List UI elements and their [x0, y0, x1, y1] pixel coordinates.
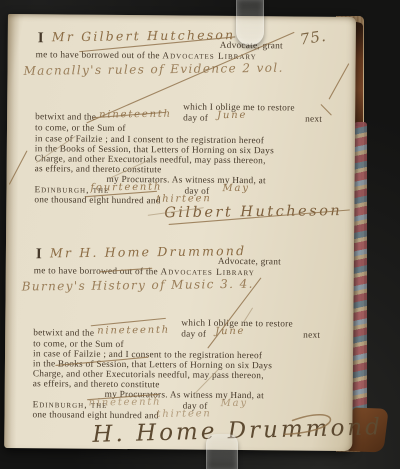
entry2-advocate-grant: Advocate, grant: [218, 257, 281, 268]
page-number: 75.: [299, 27, 328, 49]
page-holder-strap-bottom: [206, 434, 238, 469]
entry1-betwixt-prefix: betwixt and the: [35, 112, 96, 123]
entry2-day-of: day of: [181, 330, 206, 340]
entry2-pronoun: I: [36, 246, 42, 263]
entry1-book-title: Macnally's rules of Evidence 2 vol.: [23, 61, 283, 78]
entry2-book-title: Burney's History of Music 3. 4.: [22, 277, 254, 294]
entry1-restore-day: nineteenth: [99, 109, 172, 121]
entry2-next-word: next: [303, 331, 320, 341]
entry1-next-word: next: [305, 115, 322, 125]
entry2-betwixt-prefix: betwixt and the: [33, 328, 94, 339]
entry2-effeirs-line: as effeirs, and thereto constitute: [33, 379, 160, 390]
entry1-signature: Gilbert Hutcheson: [164, 203, 342, 221]
page-holder-strap-top: [236, 0, 264, 45]
entry2-restore-day: nineteenth: [97, 325, 170, 337]
entry1-signed-day: fourteenth: [90, 182, 162, 194]
entry1-to-come-line: to come, or the Sum of: [35, 123, 126, 134]
library-register-photo: 75. I Mr Gilbert Hutcheson Advocate, gra…: [0, 0, 400, 469]
entry1-pronoun: I: [38, 30, 44, 47]
entry2-borrow-text: me to have borrowed out of the: [34, 266, 158, 277]
entry1-restore-month: June: [217, 110, 247, 121]
page-gutter-shadow: [4, 14, 20, 448]
entry1-effeirs-line: as effeirs, and thereto constitute: [35, 164, 162, 175]
entry2-signed-day: nineteenth: [89, 397, 162, 409]
entry1-year-word: thirteen: [156, 193, 211, 205]
entry2-restore-month: June: [215, 326, 245, 337]
entry1-day-of: day of: [183, 114, 208, 124]
entry1-borrower-name: Mr Gilbert Hutcheson: [52, 27, 236, 44]
entry1-signed-month: May: [222, 183, 249, 194]
entry1-borrow-line: me to have borrowed out of the Advocates…: [36, 50, 257, 62]
entry1-borrow-text: me to have borrowed out of the: [36, 50, 160, 61]
register-page: 75. I Mr Gilbert Hutcheson Advocate, gra…: [4, 14, 356, 451]
entry2-signed-month: May: [221, 398, 248, 409]
entry1-year-line: one thousand eight hundred and: [34, 195, 160, 206]
